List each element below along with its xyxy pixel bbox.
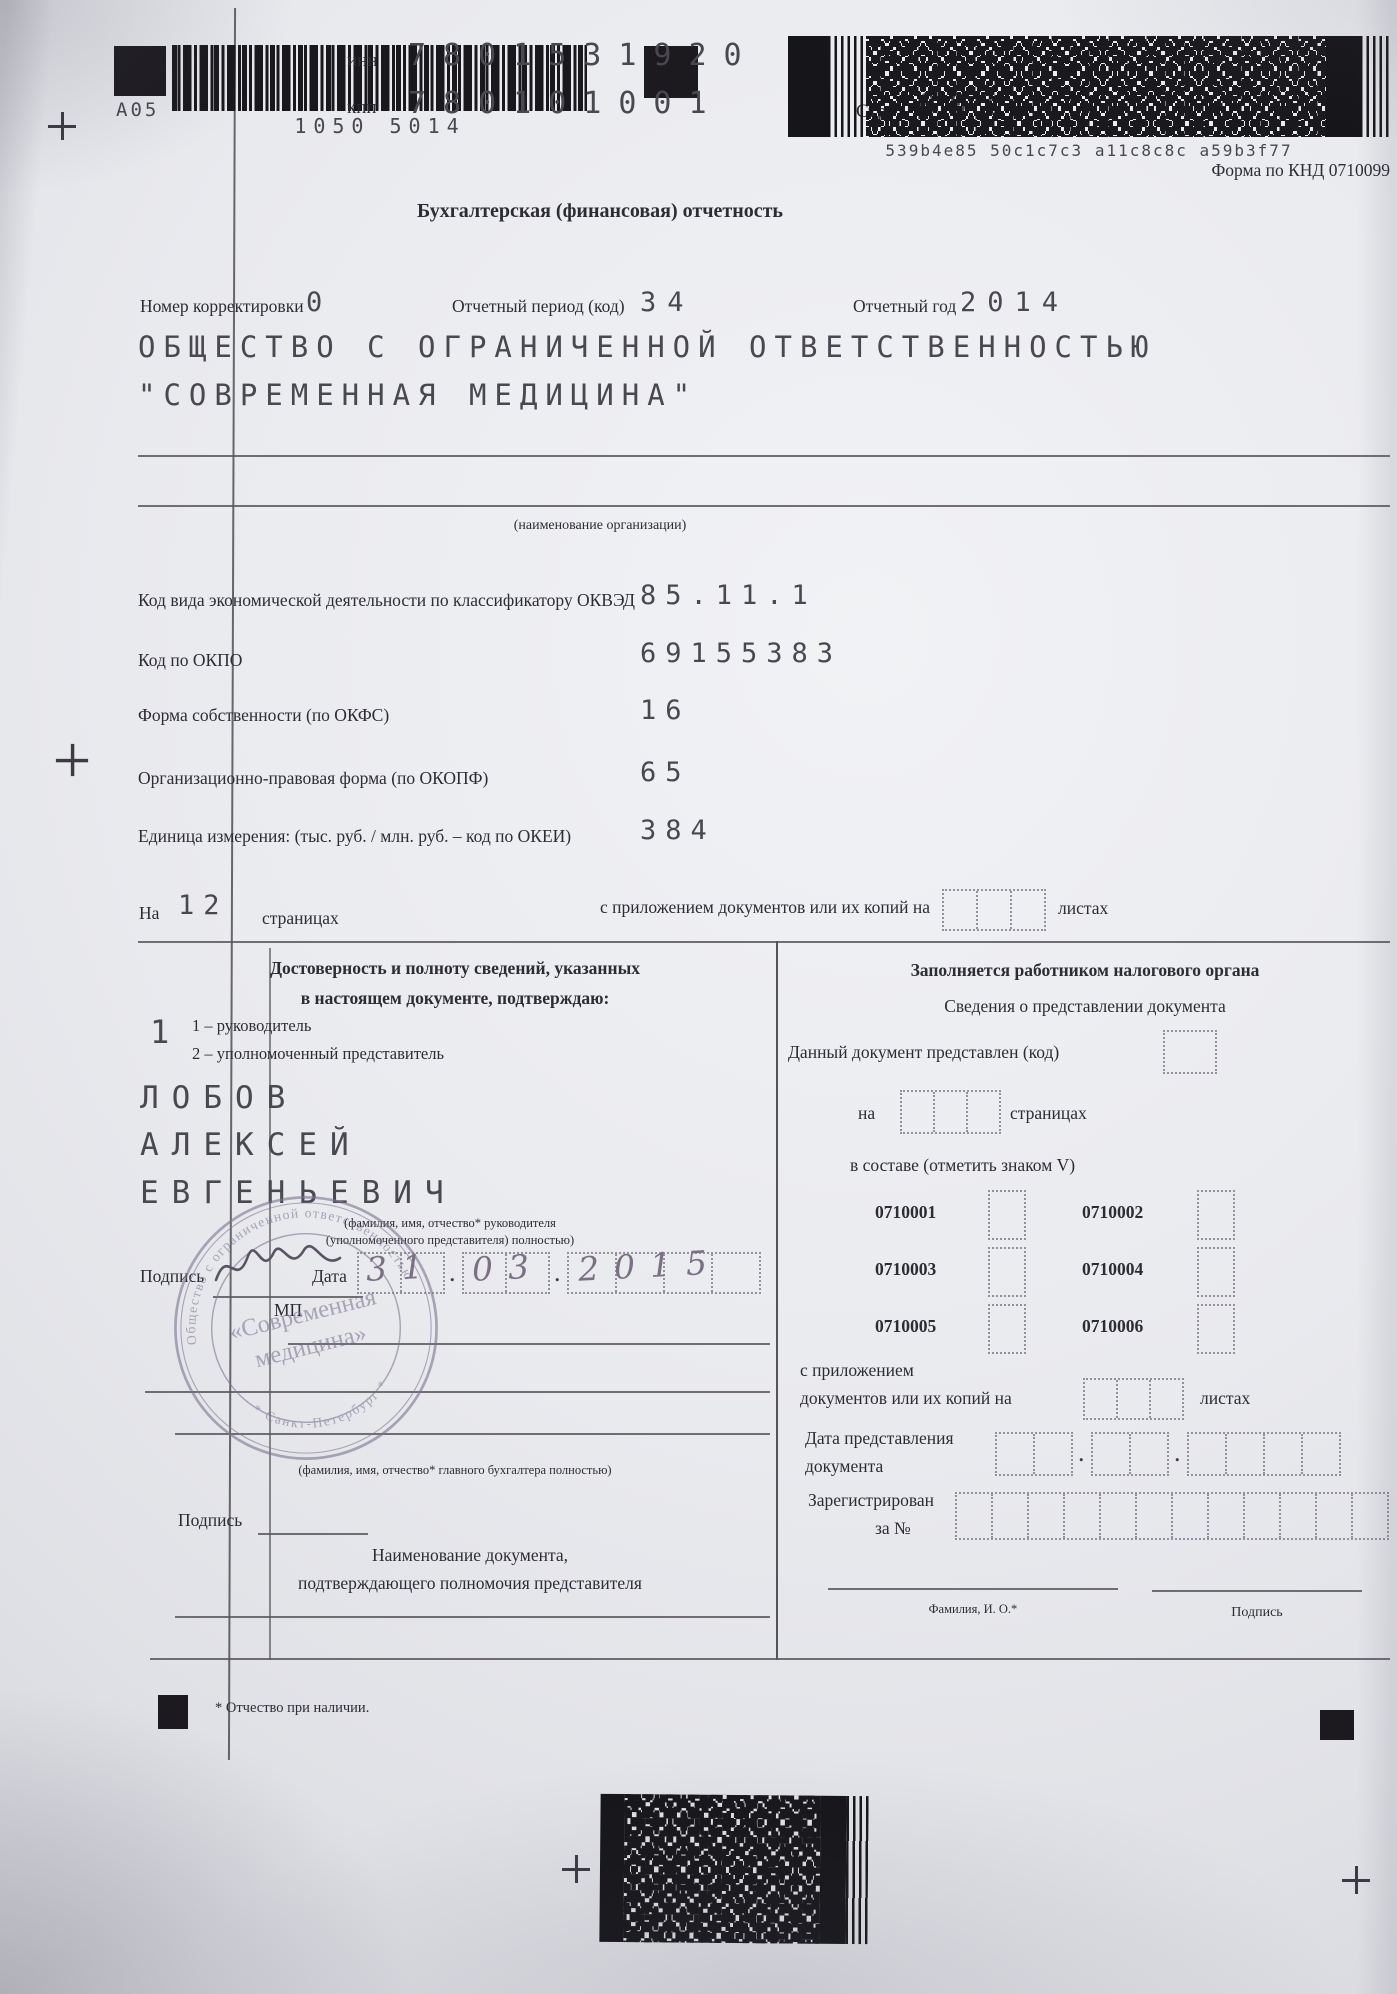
org-name-underline-2 (138, 505, 1390, 507)
kpp-label: кпп (347, 97, 377, 119)
barcode-bar (788, 36, 828, 137)
signer-firstname: АЛЕКСЕЙ (140, 1127, 362, 1163)
matrix-barcode-top (788, 36, 1390, 137)
submission-date-year-cells (1187, 1432, 1341, 1476)
doc-caption-line2: подтверждающего полномочия представителя (200, 1573, 740, 1594)
kpp-value: 780101001 (408, 86, 724, 121)
doc-line (175, 1616, 770, 1618)
on-pages-label-right: на (858, 1103, 875, 1124)
trust-heading-line1: Достоверность и полноту сведений, указан… (150, 958, 760, 979)
attachments-right-label2: документов или их копий на (800, 1388, 1012, 1409)
surname-caption: Фамилия, И. О.* (828, 1602, 1118, 1617)
registration-number-cells (955, 1492, 1389, 1540)
okei-label: Единица измерения: (тыс. руб. / млн. руб… (138, 826, 571, 847)
registration-plus-top-left (48, 112, 76, 140)
registered-label2: за № (875, 1518, 911, 1539)
handwritten-year: 2015 (577, 1242, 723, 1288)
submission-date-label2: документа (805, 1456, 883, 1477)
report-period-value: 34 (640, 287, 695, 318)
checkbox-0710003 (988, 1247, 1026, 1297)
barcode-modules (623, 1794, 820, 1944)
attachments-right-label1: с приложением (800, 1360, 914, 1381)
on-pages-label: На (139, 903, 159, 924)
org-name-caption: (наименование организации) (300, 518, 900, 534)
okfs-value: 16 (640, 695, 691, 726)
attachments-suffix-label: листах (1058, 898, 1108, 919)
company-stamp: Общество с ограниченной ответственностью… (141, 1163, 471, 1493)
checkbox-0710005 (988, 1304, 1026, 1354)
checkbox-0710002 (1197, 1190, 1235, 1240)
okpo-label: Код по ОКПО (138, 650, 242, 671)
registration-plus-mid-left (56, 744, 88, 776)
correction-number-value: 0 (306, 287, 331, 318)
inn-label: инн (347, 50, 378, 72)
pages-cells-right (900, 1090, 1001, 1134)
form-knd-code: Форма по КНД 0710099 (1080, 160, 1390, 181)
barcode-bar (819, 1796, 846, 1944)
handwritten-day: 31 (365, 1246, 439, 1289)
signer-option-2: 2 – уполномоченный представитель (192, 1044, 444, 1064)
document-title: Бухгалтерская (финансовая) отчетность (280, 200, 920, 223)
trust-heading-line2: в настоящем документе, подтверждаю: (150, 988, 760, 1009)
organization-name-line2: "СОВРЕМЕННАЯ МЕДИЦИНА" (138, 378, 698, 412)
submitted-code-cells (1163, 1030, 1217, 1074)
organization-name-line1: ОБЩЕСТВО С ОГРАНИЧЕННОЙ ОТВЕТСТВЕННОСТЬЮ (138, 330, 1156, 364)
attachments-right-suffix: листах (1200, 1388, 1250, 1409)
registered-label1: Зарегистрирован (808, 1490, 934, 1511)
stamp-ring-bottom-text: * Санкт-Петербург * (248, 1369, 398, 1445)
okved-label: Код вида экономической деятельности по к… (138, 590, 635, 611)
tax-officer-heading: Заполняется работником налогового органа (790, 960, 1380, 981)
signature2-line (258, 1533, 368, 1535)
form-code-0710003: 0710003 (875, 1259, 936, 1280)
attachments-right-cells (1083, 1378, 1184, 1420)
surname-line (828, 1588, 1118, 1590)
form-code-0710002: 0710002 (1082, 1202, 1143, 1223)
okei-value: 384 (640, 815, 716, 846)
officer-signature-caption: Подпись (1152, 1605, 1362, 1621)
barcode-bar (599, 1794, 624, 1942)
signer-code-value: 1 (150, 1013, 169, 1051)
signature2-label: Подпись (178, 1510, 242, 1531)
officer-signature-line (1152, 1590, 1362, 1592)
signer-option-1: 1 – руководитель (192, 1016, 311, 1036)
date-separator-2: . (554, 1258, 561, 1288)
corner-square-bottom-right (1320, 1710, 1354, 1740)
submission-date-sep2: . (1174, 1438, 1181, 1468)
composition-label: в составе (отметить знаком V) (850, 1155, 1075, 1176)
date-separator-1: . (449, 1258, 456, 1288)
barcode-lines (1360, 36, 1390, 137)
section-bottom-border (150, 1658, 1390, 1660)
submission-date-month-cells (1091, 1432, 1169, 1476)
footnote-text: * Отчество при наличии. (215, 1700, 369, 1717)
submission-date-day-cells (995, 1432, 1073, 1476)
report-year-value: 2014 (960, 287, 1069, 318)
attachments-label: с приложением документов или их копий на (600, 897, 930, 918)
corner-square-bottom-left (158, 1695, 188, 1729)
form-code-0710006: 0710006 (1082, 1316, 1143, 1337)
report-year-label: Отчетный год (853, 296, 956, 317)
corner-square-top-left-1 (114, 46, 166, 96)
attachment-sheets-cells (942, 889, 1046, 931)
matrix-barcode-bottom (599, 1794, 868, 1944)
okpo-value: 69155383 (640, 638, 842, 669)
form-code-0710001: 0710001 (875, 1202, 936, 1223)
submission-date-sep1: . (1078, 1438, 1085, 1468)
barcode-bar (1326, 36, 1360, 137)
signer-surname: ЛОБОВ (140, 1080, 298, 1116)
fold-line-main (228, 8, 236, 1760)
section-top-border (138, 941, 1390, 943)
okopf-value: 65 (640, 757, 691, 788)
pages-suffix-label: страницах (262, 908, 339, 929)
checkbox-0710001 (988, 1190, 1026, 1240)
okfs-label: Форма собственности (по ОКФС) (138, 705, 389, 726)
correction-number-label: Номер корректировки (140, 296, 304, 317)
submitted-code-label: Данный документ представлен (код) (788, 1042, 1059, 1063)
barcode-hex-string: 539b4e85 50c1c7c3 a11c8c8c a59b3f77 (788, 141, 1390, 160)
registration-plus-bottom-right (1342, 1866, 1370, 1894)
section-divider (776, 941, 778, 1660)
barcode-lines (845, 1796, 868, 1944)
report-period-label: Отчетный период (код) (452, 296, 625, 317)
barcode-lines (828, 36, 866, 137)
submission-date-label1: Дата представления (805, 1428, 954, 1449)
barcode-modules (866, 36, 1326, 137)
form-code-0710005: 0710005 (875, 1316, 936, 1337)
form-code-0710004: 0710004 (1082, 1259, 1143, 1280)
okved-value: 85.11.1 (640, 580, 817, 611)
barcode-code-label: А05 (116, 99, 159, 121)
pages-count-value: 12 (178, 890, 229, 921)
scanned-tax-form-page: А05 1050 5014 инн 7801531920 кпп 7801010… (0, 0, 1397, 1994)
doc-caption-line1: Наименование документа, (200, 1545, 740, 1566)
tax-officer-subheading: Сведения о представлении документа (790, 996, 1380, 1017)
registration-plus-bottom-left (562, 1855, 590, 1883)
checkbox-0710004 (1197, 1247, 1235, 1297)
org-name-underline-1 (138, 455, 1390, 457)
checkbox-0710006 (1197, 1304, 1235, 1354)
pages-suffix-right: страницах (1010, 1103, 1087, 1124)
signature-scribble (210, 1238, 360, 1298)
svg-text:* Санкт-Петербург *: * Санкт-Петербург * (248, 1369, 398, 1445)
okopf-label: Организационно-правовая форма (по ОКОПФ) (138, 768, 488, 789)
inn-value: 7801531920 (408, 38, 759, 73)
handwritten-month: 03 (471, 1246, 545, 1289)
